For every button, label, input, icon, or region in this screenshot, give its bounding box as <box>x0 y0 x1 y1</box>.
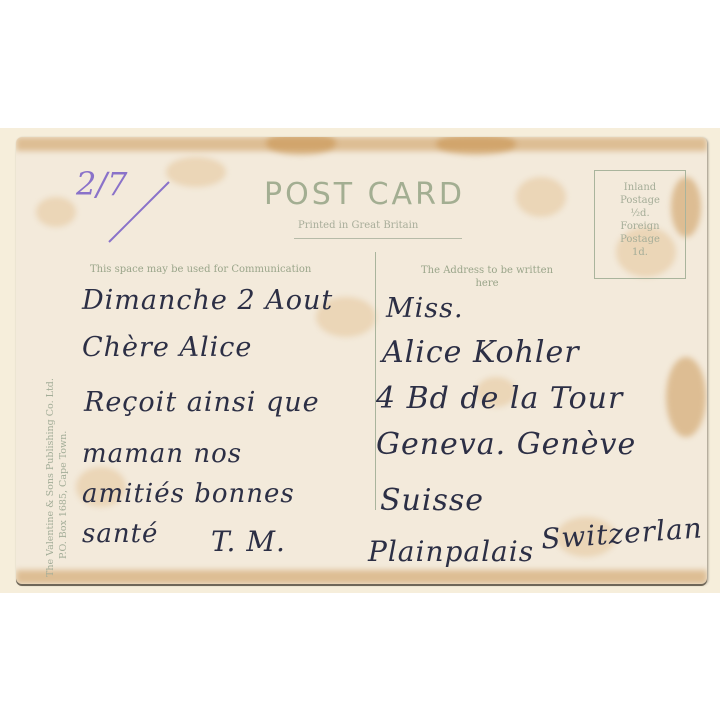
address-line: Geneva. Genève <box>376 427 636 462</box>
stain <box>666 357 706 437</box>
message-line: amitiés bonnes <box>82 479 295 509</box>
address-line: Switzerlan <box>540 511 704 555</box>
publisher-line: The Valentine & Sons Publishing Co. Ltd. <box>44 378 57 577</box>
title-rule <box>294 238 462 239</box>
signature: T. M. <box>211 525 286 558</box>
address-label-line1: The Address to be written <box>412 264 562 277</box>
stain <box>516 177 566 217</box>
address-line: Miss. <box>386 293 464 324</box>
publisher-line: P.O. Box 1685, Cape Town. <box>57 378 70 577</box>
address-label-line2: here <box>412 277 562 290</box>
publisher-imprint: The Valentine & Sons Publishing Co. Ltd.… <box>44 378 70 577</box>
stamp-line: Foreign <box>595 220 685 233</box>
bottom-edge-stain <box>16 570 707 584</box>
stamp-line: 1d. <box>595 246 685 259</box>
address-line: Plainpalais <box>368 535 534 568</box>
postcard-title: POST CARD <box>264 177 465 212</box>
message-line: Chère Alice <box>82 332 252 363</box>
pencil-stroke <box>104 177 174 247</box>
address-line: 4 Bd de la Tour <box>376 381 623 416</box>
stain <box>36 197 76 227</box>
top-edge-stain <box>16 137 707 151</box>
address-line: Suisse <box>380 483 484 518</box>
stain <box>166 157 226 187</box>
message-line: maman nos <box>82 439 242 469</box>
stamp-line: Postage <box>595 233 685 246</box>
stamp-text: Inland Postage ½d. Foreign Postage 1d. <box>595 181 685 259</box>
stamp-box: Inland Postage ½d. Foreign Postage 1d. <box>594 170 686 279</box>
stain <box>266 137 336 155</box>
communication-label: This space may be used for Communication <box>90 264 311 275</box>
stamp-line: ½d. <box>595 207 685 220</box>
stamp-line: Inland <box>595 181 685 194</box>
stain <box>436 137 516 155</box>
message-line: Reçoit ainsi que <box>84 387 320 418</box>
address-label: The Address to be written here <box>412 264 562 290</box>
stamp-line: Postage <box>595 194 685 207</box>
message-line: Dimanche 2 Aout <box>82 285 333 316</box>
postcard: POST CARD Printed in Great Britain This … <box>16 137 707 584</box>
address-line: Alice Kohler <box>382 335 580 370</box>
message-line: santé <box>82 519 158 549</box>
printed-in-label: Printed in Great Britain <box>298 220 418 231</box>
